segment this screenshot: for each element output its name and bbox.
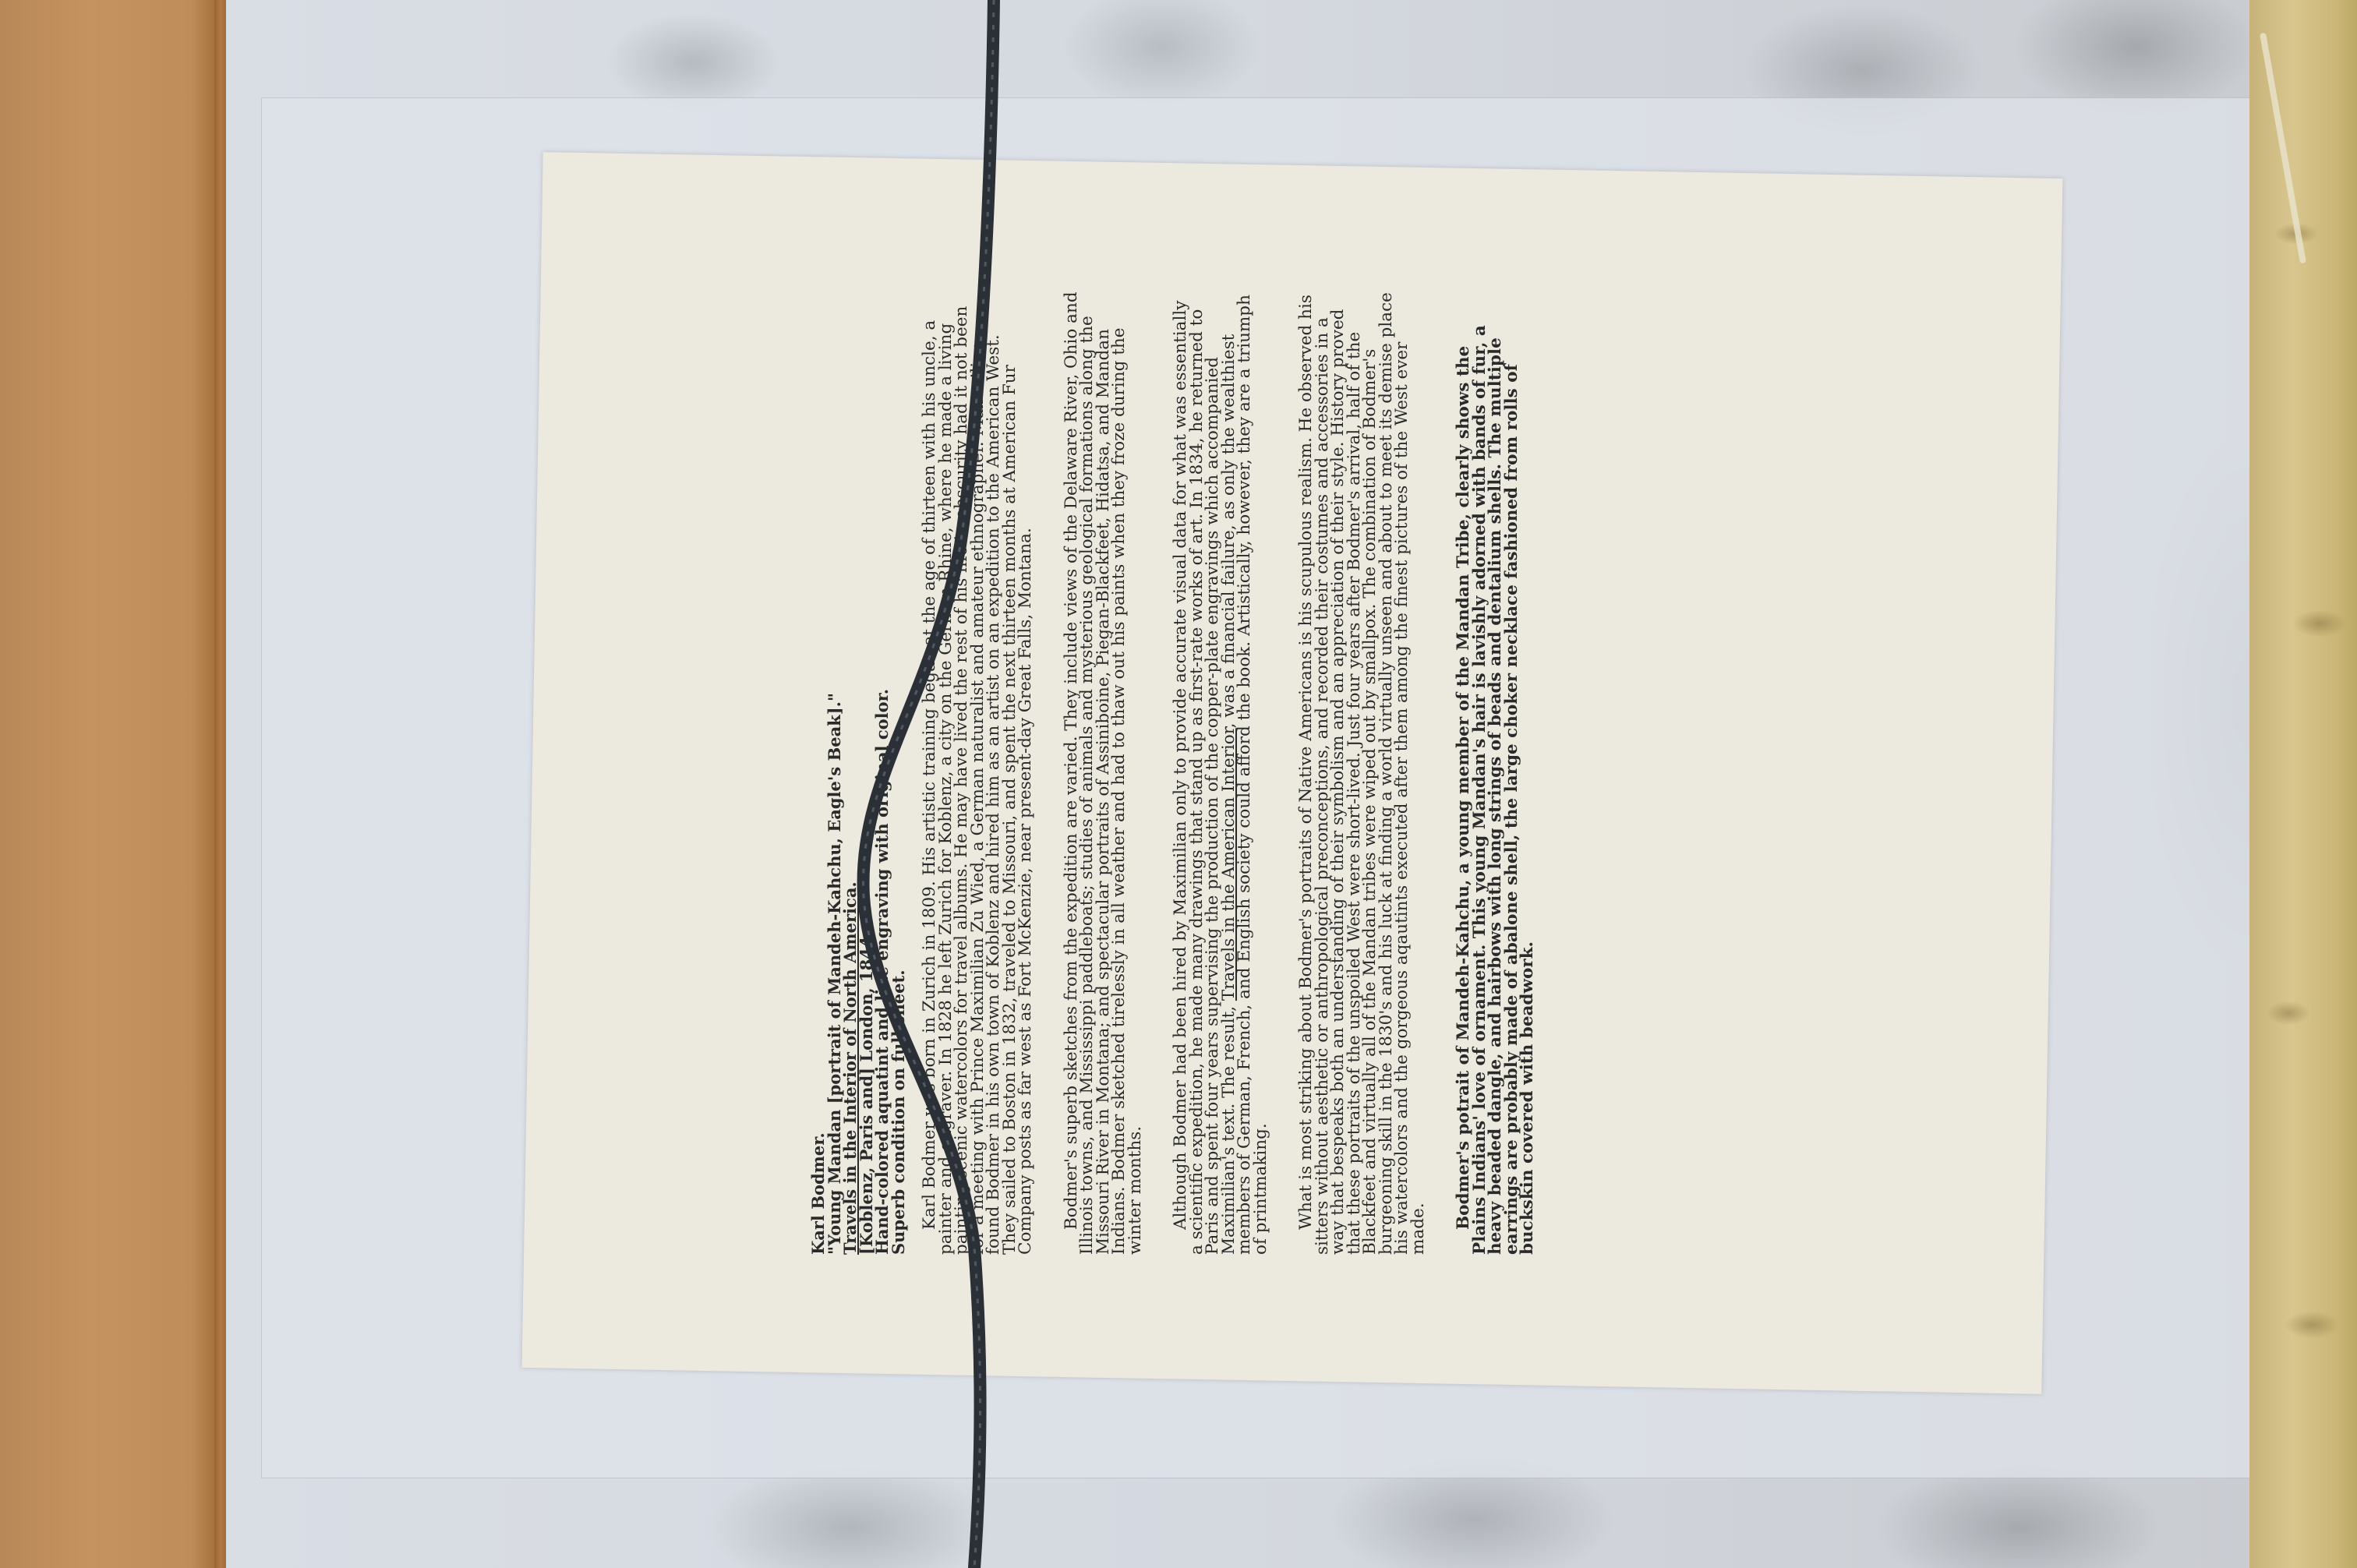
- paragraph-realism: What is most striking about Bodmer's por…: [1299, 288, 1426, 1255]
- paragraph-biography: Karl Bodmer was born in Zurich in 1809. …: [922, 288, 1034, 1255]
- condition: Superb condition on full sheet.: [891, 288, 907, 1255]
- print-header: Karl Bodmer. "Young Mandan [portrait of …: [811, 288, 906, 1255]
- description-text: Karl Bodmer. "Young Mandan [portrait of …: [811, 288, 1566, 1255]
- gilded-frame-edge: [2249, 0, 2357, 1568]
- paragraph-engravings: Although Bodmer had been hired by Maximi…: [1173, 288, 1269, 1255]
- paragraph-sketches: Bodmer's superb sketches from the expedi…: [1064, 288, 1144, 1255]
- paragraph-portrait-description: Bodmer's potrait of Mandeh-Kahchu, a you…: [1456, 288, 1536, 1255]
- frame-rabbet-edge: [214, 0, 227, 1568]
- wooden-frame-edge: [0, 0, 224, 1568]
